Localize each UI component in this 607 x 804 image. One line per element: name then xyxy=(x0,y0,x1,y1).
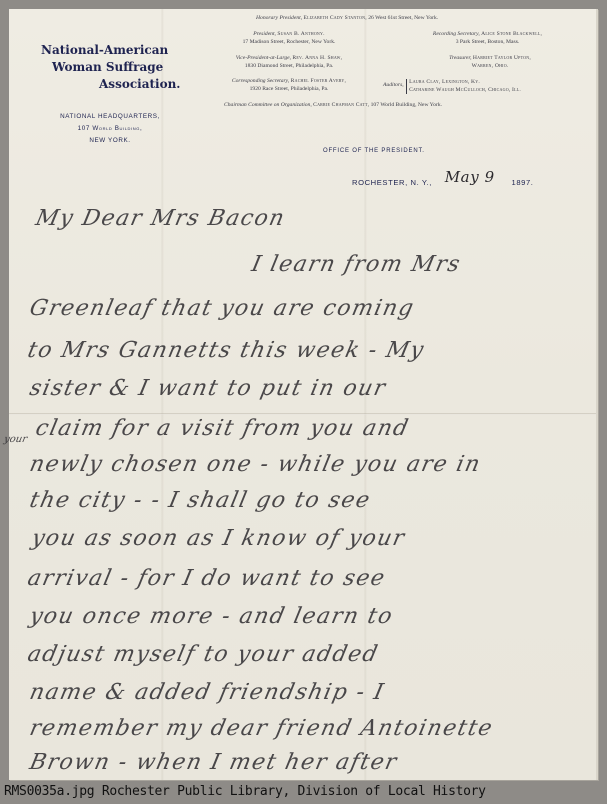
honorary-president: Honorary President, Elizabeth Cady Stant… xyxy=(256,15,438,23)
letter-line: My Dear Mrs Bacon xyxy=(33,206,287,231)
year: 1897. xyxy=(512,178,534,187)
letter-line: Brown - when I met her after xyxy=(27,750,400,775)
letter-line: arrival - for I do want to see xyxy=(25,566,388,591)
corresponding-secretary: Corresponding Secretary, Rachel Foster A… xyxy=(200,78,378,93)
document-viewer: National-American Woman Suffrage Associa… xyxy=(0,0,607,804)
chairman: Chairman Committee on Organization, Carr… xyxy=(224,102,442,110)
headquarters-address: NATIONAL HEADQUARTERS, 107 World Buildin… xyxy=(40,111,180,147)
vice-president: Vice-President-at-Large, Rev. Anna H. Sh… xyxy=(200,55,378,70)
letter-line: remember my dear friend Antoinette xyxy=(27,716,495,741)
letter-line: Greenleaf that you are coming xyxy=(27,296,417,321)
organization-name: National-American Woman Suffrage Associa… xyxy=(41,42,181,93)
handwritten-date: May 9 xyxy=(445,168,495,186)
treasurer: Treasurer, Harriet Taylor Upton, Warren,… xyxy=(410,55,570,70)
letter-line: sister & I want to put in our xyxy=(27,376,388,401)
letter-line: newly chosen one - while you are in xyxy=(27,452,483,477)
letter-line: you once more - and learn to xyxy=(27,604,395,629)
letter-line: name & added friendship - I xyxy=(27,680,387,705)
dateline: ROCHESTER, N. Y., May 9 1897. xyxy=(352,171,534,189)
marginal-note: your xyxy=(3,434,28,445)
image-caption: RMS0035a.jpg Rochester Public Library, D… xyxy=(4,784,486,799)
letter-line: to Mrs Gannetts this week - My xyxy=(25,338,427,363)
paper-fold xyxy=(9,413,596,415)
place: ROCHESTER, N. Y., xyxy=(352,178,432,187)
letter-line: adjust myself to your added xyxy=(25,642,381,667)
president: President, Susan B. Anthony. 17 Madison … xyxy=(204,31,374,46)
recording-secretary: Recording Secretary, Alice Stone Blackwe… xyxy=(400,31,575,46)
letter-line: the city - - I shall go to see xyxy=(27,488,373,513)
letter-line: you as soon as I know of your xyxy=(29,526,407,551)
letter-line: I learn from Mrs xyxy=(249,252,463,277)
letter-line: claim for a visit from you and xyxy=(33,416,411,441)
office-title: OFFICE OF THE PRESIDENT. xyxy=(323,148,425,154)
auditors: Auditors, Laura Clay, Lexington, Ky. Cat… xyxy=(383,79,521,94)
